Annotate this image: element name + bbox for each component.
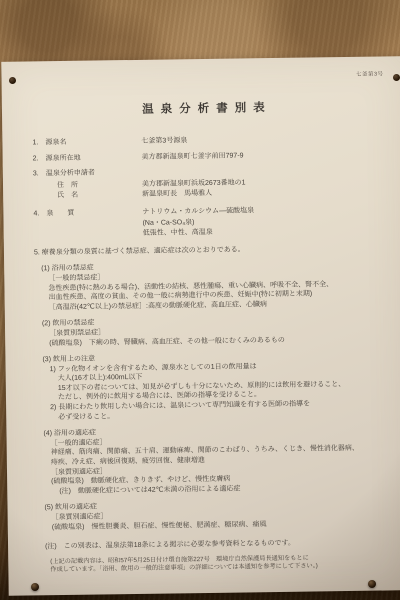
hot-spring-analysis-sheet: 七釜第3号 温泉分析書別表 1. 源泉名 七釜第3号源泉 2. 源泉所在地 美方… bbox=[1, 56, 400, 596]
doc-line-text: 大人(16才以上):400mL以下 bbox=[58, 374, 143, 382]
doc-line-text: (1) 浴用の禁忌症 bbox=[41, 265, 94, 273]
doc-line-text: (5) 飲用の適応症 bbox=[44, 504, 97, 512]
item-label: 源泉名 bbox=[45, 137, 141, 148]
item-label: 源泉所在地 bbox=[46, 152, 142, 163]
doc-line-text: 必ず受けること。 bbox=[58, 413, 114, 421]
pin-hole-top-left bbox=[9, 77, 16, 84]
item-number: 4. bbox=[33, 209, 46, 219]
doc-line-text: ［一般的禁忌症］ bbox=[48, 274, 104, 282]
item-value-line: ナトリウム・カルシウム―硫酸塩泉 bbox=[142, 206, 254, 217]
sub-label: 住 所 bbox=[57, 180, 142, 191]
doc-line-text: ［一般的適応症］ bbox=[51, 439, 107, 447]
doc-line-text: (2) 飲用の禁忌症 bbox=[42, 320, 95, 328]
page-title: 温泉分析書別表 bbox=[32, 98, 382, 119]
item-source-location: 2. 源泉所在地 美方郡新温泉町七釜字前田797-9 bbox=[33, 149, 383, 163]
document-body: 1. 源泉名 七釜第3号源泉 2. 源泉所在地 美方郡新温泉町七釜字前田797-… bbox=[32, 134, 388, 576]
doc-line-text: 5. 療養泉分類の泉質に基づく禁忌症、適応症は次のとおりである。 bbox=[34, 246, 245, 256]
doc-line-text: ［泉質別適応症］ bbox=[51, 468, 107, 476]
footer-basis-note: (上記の記載内容は、昭和57年5月25日付け環自施第227号 環境庁自然保護局長… bbox=[38, 553, 388, 575]
doc-line-text: 2) 長期にわたり飲用したい場合には、温泉について専門知識を有する医師の指導を bbox=[50, 401, 310, 412]
doc-line: 5. 療養泉分類の泉質に基づく禁忌症、適応症は次のとおりである。 bbox=[34, 243, 384, 257]
footer-note: (注) この別表は、温泉法第18条による掲示に必要な参考資料となるものです。 bbox=[38, 538, 388, 552]
doc-line-text: (4) 浴用の適応症 bbox=[43, 430, 96, 438]
doc-line-text: 1) フッ化物イオンを含有するため、源泉水としての1日の飲用量は bbox=[50, 363, 257, 373]
item-label: 泉 質 bbox=[46, 208, 142, 219]
item-label: 温泉分析申請者 bbox=[46, 168, 142, 179]
pin-hole-top-right bbox=[393, 74, 400, 81]
footer-notes: (注) この別表は、温泉法第18条による掲示に必要な参考資料となるものです。 (… bbox=[38, 538, 388, 576]
item-number: 2. bbox=[33, 154, 46, 164]
doc-line-text: (硫酸塩泉) 動脈硬化症、きりきず、やけど、慢性皮膚病 bbox=[51, 476, 230, 486]
item-source-name: 1. 源泉名 七釜第3号源泉 bbox=[32, 134, 382, 148]
item-value: 七釜第3号源泉 bbox=[141, 136, 187, 146]
screw-bottom-right bbox=[368, 580, 376, 588]
sub-value: 美方郡新温泉町浜坂2673番地の1 bbox=[142, 178, 246, 189]
sub-value: 新温泉町長 馬場雅人 bbox=[142, 189, 212, 200]
item-number: 1. bbox=[32, 138, 45, 148]
doc-line-text: ［泉質別適応症］ bbox=[52, 513, 108, 521]
doc-line-text: (硫酸塩泉) 下痢の時、腎臓病、高血圧症、その他一般にむくみのあるもの bbox=[49, 336, 285, 346]
item-value: 美方郡新温泉町七釜字前田797-9 bbox=[142, 151, 244, 162]
item-number: 3. bbox=[33, 169, 46, 179]
contraindications-sections: 5. 療養泉分類の泉質に基づく禁忌症、適応症は次のとおりである。 (1) 浴用の… bbox=[34, 243, 388, 532]
sub-label: 氏 名 bbox=[57, 190, 142, 201]
doc-line-text: (注) 動脈硬化症については42℃未満の浴用による適応症 bbox=[59, 485, 240, 495]
screw-bottom-left bbox=[31, 583, 39, 591]
doc-line-text: (硫酸塩泉) 慢性胆嚢炎、胆石症、慢性便秘、肥満症、糖尿病、痛風 bbox=[52, 521, 267, 531]
corner-note: 七釜第3号 bbox=[356, 69, 384, 77]
doc-line-text: (3) 飲用上の注意 bbox=[42, 356, 95, 364]
doc-line-text: 痔疾、冷え症、病後回復期、疲労回復、健康増進 bbox=[51, 457, 205, 466]
doc-line-text: ［泉質別禁忌症］ bbox=[49, 329, 105, 337]
doc-line-text: 出血性疾患、高度の貧血、その他一般に病勢進行中の疾患、妊娠中(特に初期と末期) bbox=[49, 291, 313, 302]
doc-line-text: ［高温浴(42℃以上)の禁忌症］:高度の動脈硬化症、高血圧症、心臓病 bbox=[49, 301, 267, 311]
